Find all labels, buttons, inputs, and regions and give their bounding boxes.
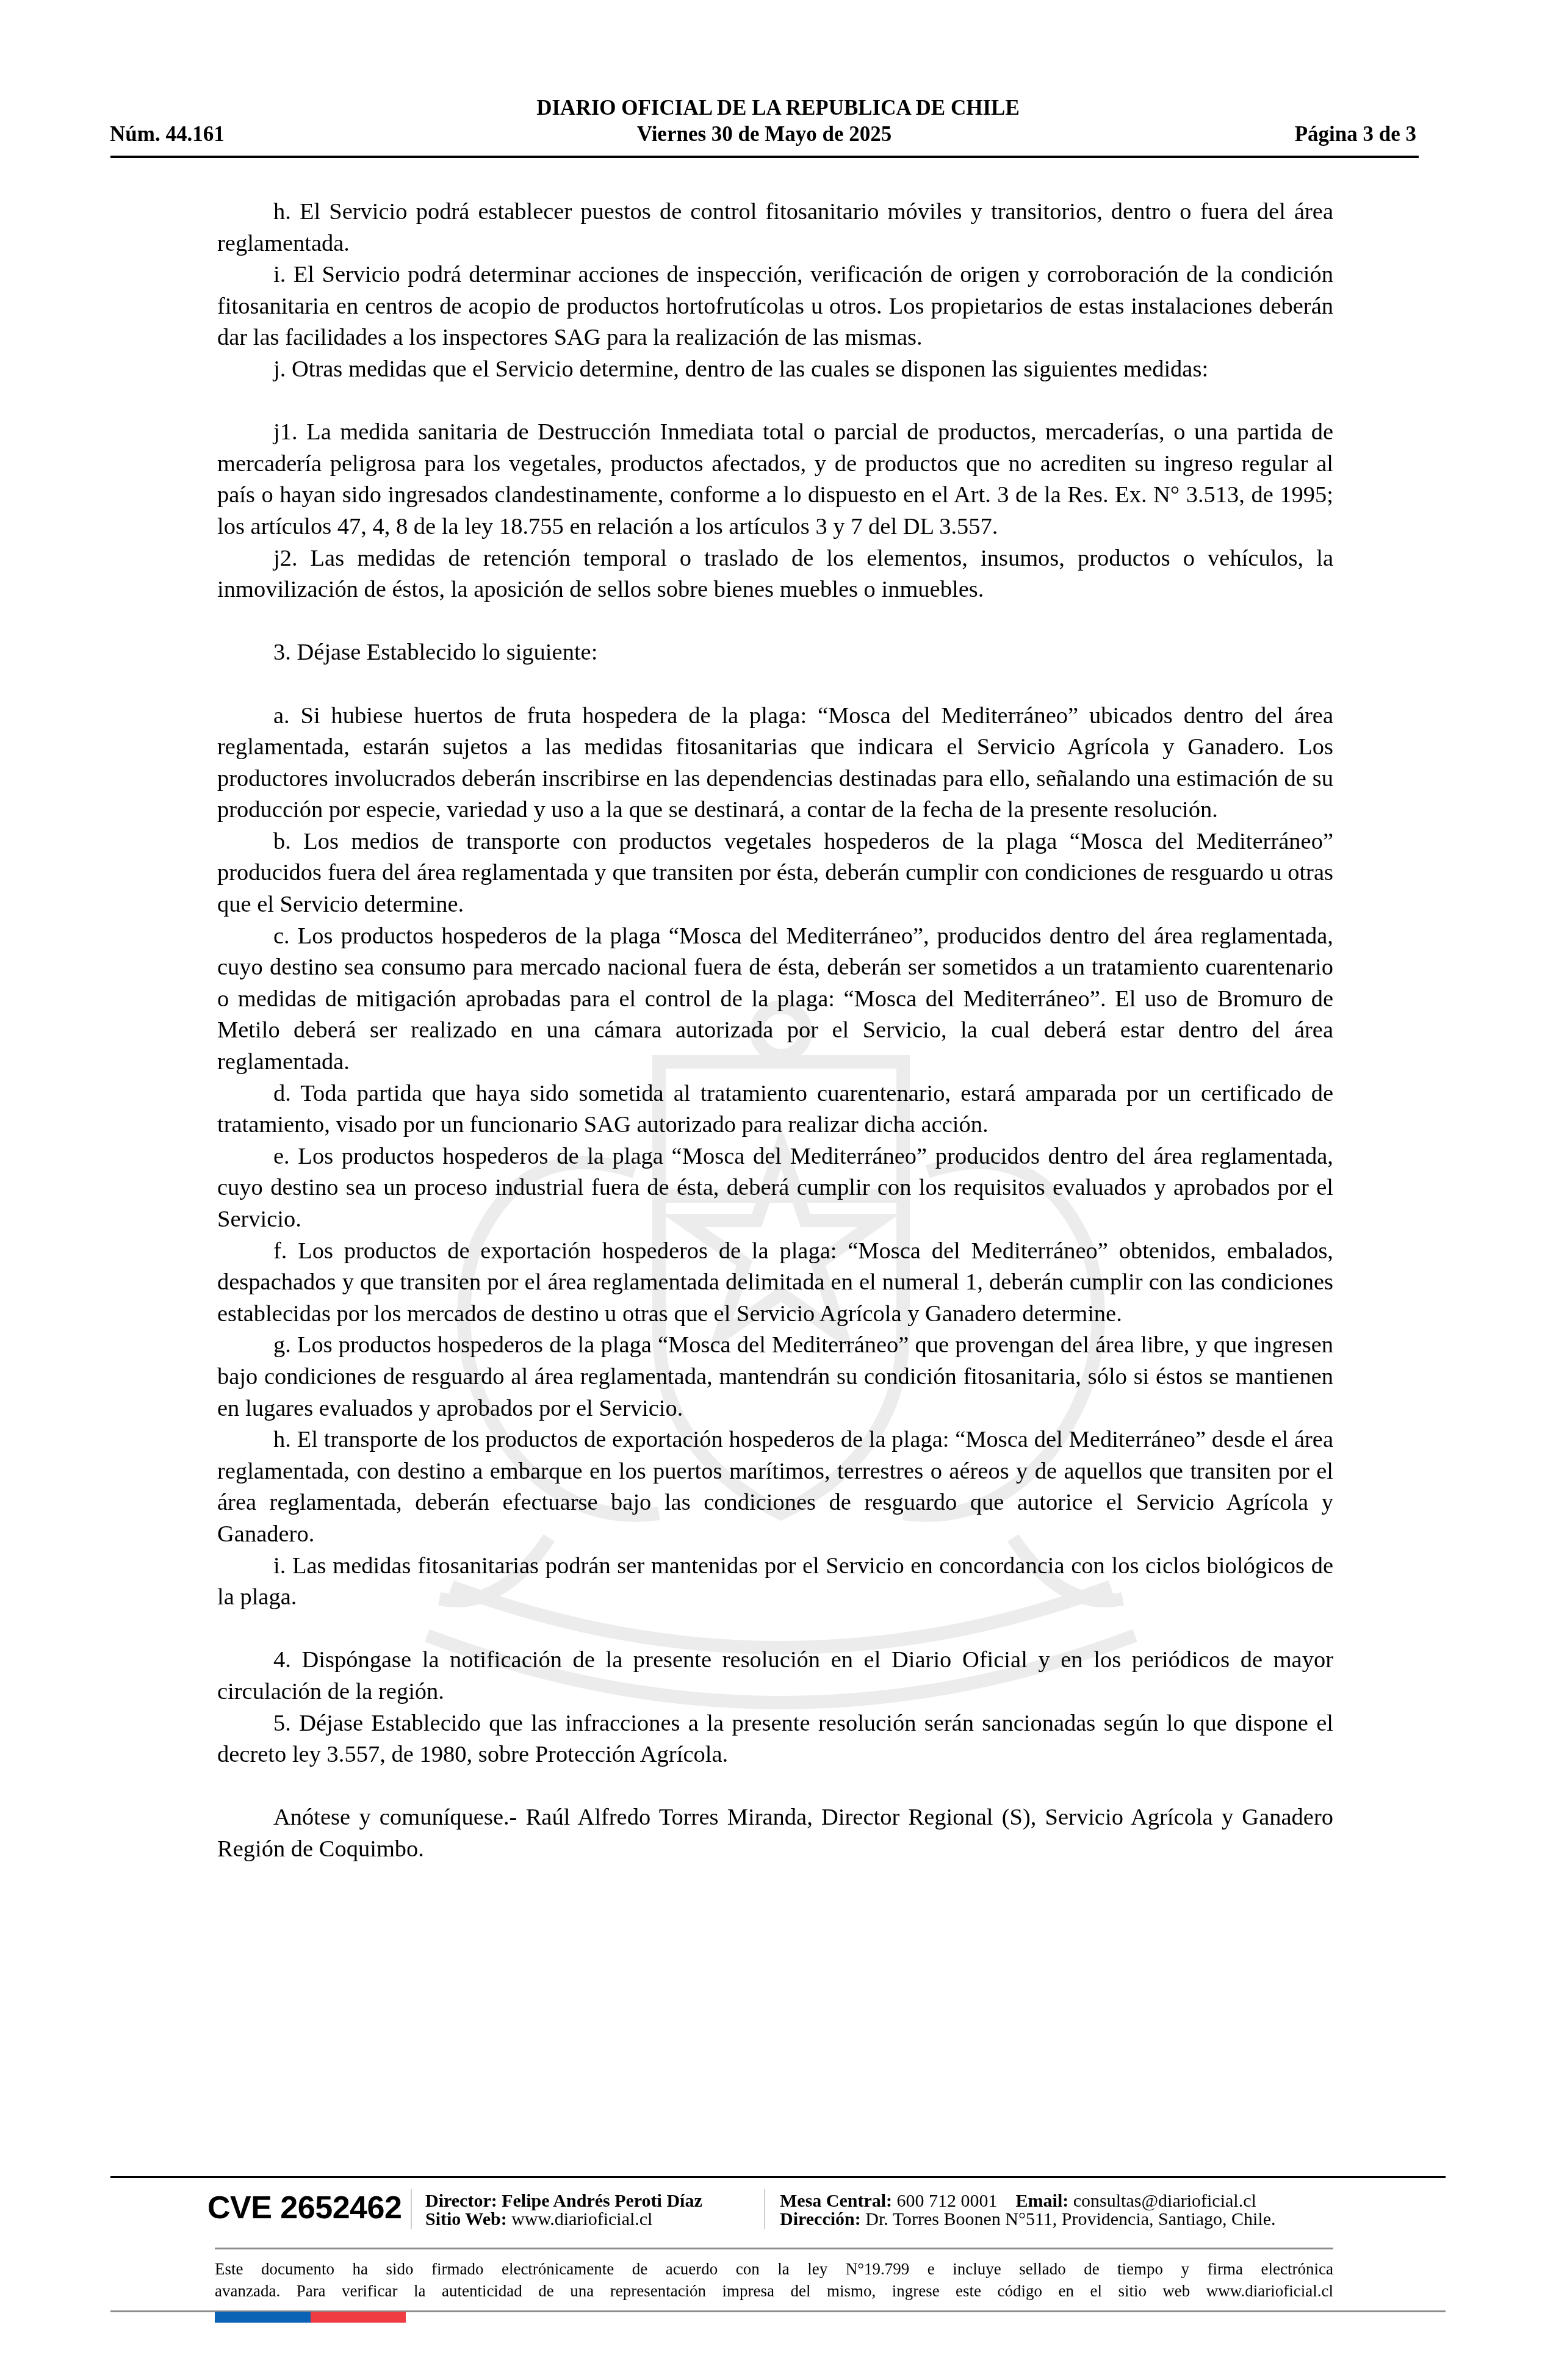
director-name: Felipe Andrés Peroti Díaz xyxy=(502,2191,702,2211)
paragraph-3i: i. Las medidas fitosanitarias podrán ser… xyxy=(217,1551,1333,1614)
paragraph-j2: j2. Las medidas de retención temporal o … xyxy=(217,543,1333,606)
footer-separator xyxy=(764,2189,765,2229)
email-label: Email: xyxy=(1016,2191,1069,2211)
cve-code: CVE 2652462 xyxy=(207,2191,402,2225)
paragraph-j: j. Otras medidas que el Servicio determi… xyxy=(217,354,1333,386)
legal-line-2: avanzada. Para verificar la autenticidad… xyxy=(215,2280,1333,2302)
header-row: Núm. 44.161 Viernes 30 de Mayo de 2025 P… xyxy=(110,121,1419,147)
website-link[interactable]: www.diarioficial.cl xyxy=(511,2209,652,2229)
website-line: Sitio Web: www.diarioficial.cl xyxy=(425,2210,702,2229)
paragraph-3a: a. Si hubiese huertos de fruta hospedera… xyxy=(217,701,1333,826)
paragraph-3g: g. Los productos hospederos de la plaga … xyxy=(217,1330,1333,1424)
director-label: Director: xyxy=(425,2191,497,2211)
website-label: Sitio Web: xyxy=(425,2209,507,2229)
paragraph-i: i. El Servicio podrá determinar acciones… xyxy=(217,259,1333,354)
address-value: Dr. Torres Boonen N°511, Providencia, Sa… xyxy=(865,2209,1275,2229)
email-link[interactable]: consultas@diarioficial.cl xyxy=(1073,2191,1256,2211)
address-line: Dirección: Dr. Torres Boonen N°511, Prov… xyxy=(780,2210,1276,2229)
signature-paragraph: Anótese y comuníquese.- Raúl Alfredo Tor… xyxy=(217,1802,1333,1865)
footer-director-block: Director: Felipe Andrés Peroti Díaz Siti… xyxy=(425,2192,702,2229)
director-line: Director: Felipe Andrés Peroti Díaz xyxy=(425,2192,702,2210)
electronic-signature-notice: Este documento ha sido firmado electróni… xyxy=(215,2258,1333,2302)
document-body: h. El Servicio podrá establecer puestos … xyxy=(217,197,1333,1865)
issue-date: Viernes 30 de Mayo de 2025 xyxy=(110,121,1419,147)
legal-line-1: Este documento ha sido firmado electróni… xyxy=(215,2258,1333,2280)
footer-separator xyxy=(411,2189,412,2229)
phone-label: Mesa Central: xyxy=(780,2191,892,2211)
paragraph-3d: d. Toda partida que haya sido sometida a… xyxy=(217,1078,1333,1141)
newspaper-title: DIARIO OFICIAL DE LA REPUBLICA DE CHILE xyxy=(0,96,1556,120)
paragraph-5: 5. Déjase Establecido que las infraccion… xyxy=(217,1708,1333,1771)
paragraph-3h: h. El transporte de los productos de exp… xyxy=(217,1424,1333,1550)
paragraph-4: 4. Dispóngase la notificación de la pres… xyxy=(217,1645,1333,1707)
paragraph-3c: c. Los productos hospederos de la plaga … xyxy=(217,921,1333,1078)
flag-stripe-blue xyxy=(215,2312,311,2323)
paragraph-3b: b. Los medios de transporte con producto… xyxy=(217,826,1333,921)
paragraph-h: h. El Servicio podrá establecer puestos … xyxy=(217,197,1333,259)
page-indicator: Página 3 de 3 xyxy=(1295,121,1416,147)
paragraph-j1: j1. La medida sanitaria de Destrucción I… xyxy=(217,417,1333,543)
paragraph-3e: e. Los productos hospederos de la plaga … xyxy=(217,1141,1333,1236)
phone-email-line: Mesa Central: 600 712 0001 Email: consul… xyxy=(780,2192,1276,2210)
phone-value: 600 712 0001 xyxy=(897,2191,998,2211)
flag-stripe-red xyxy=(311,2312,406,2323)
address-label: Dirección: xyxy=(780,2209,861,2229)
header-divider xyxy=(110,156,1419,158)
footer-top-divider xyxy=(110,2176,1446,2178)
footer-contact-block: Mesa Central: 600 712 0001 Email: consul… xyxy=(780,2192,1276,2229)
paragraph-3f: f. Los productos de exportación hospeder… xyxy=(217,1236,1333,1330)
section-3-heading: 3. Déjase Establecido lo siguiente: xyxy=(217,637,1333,669)
footer-mid-divider xyxy=(215,2248,1333,2249)
